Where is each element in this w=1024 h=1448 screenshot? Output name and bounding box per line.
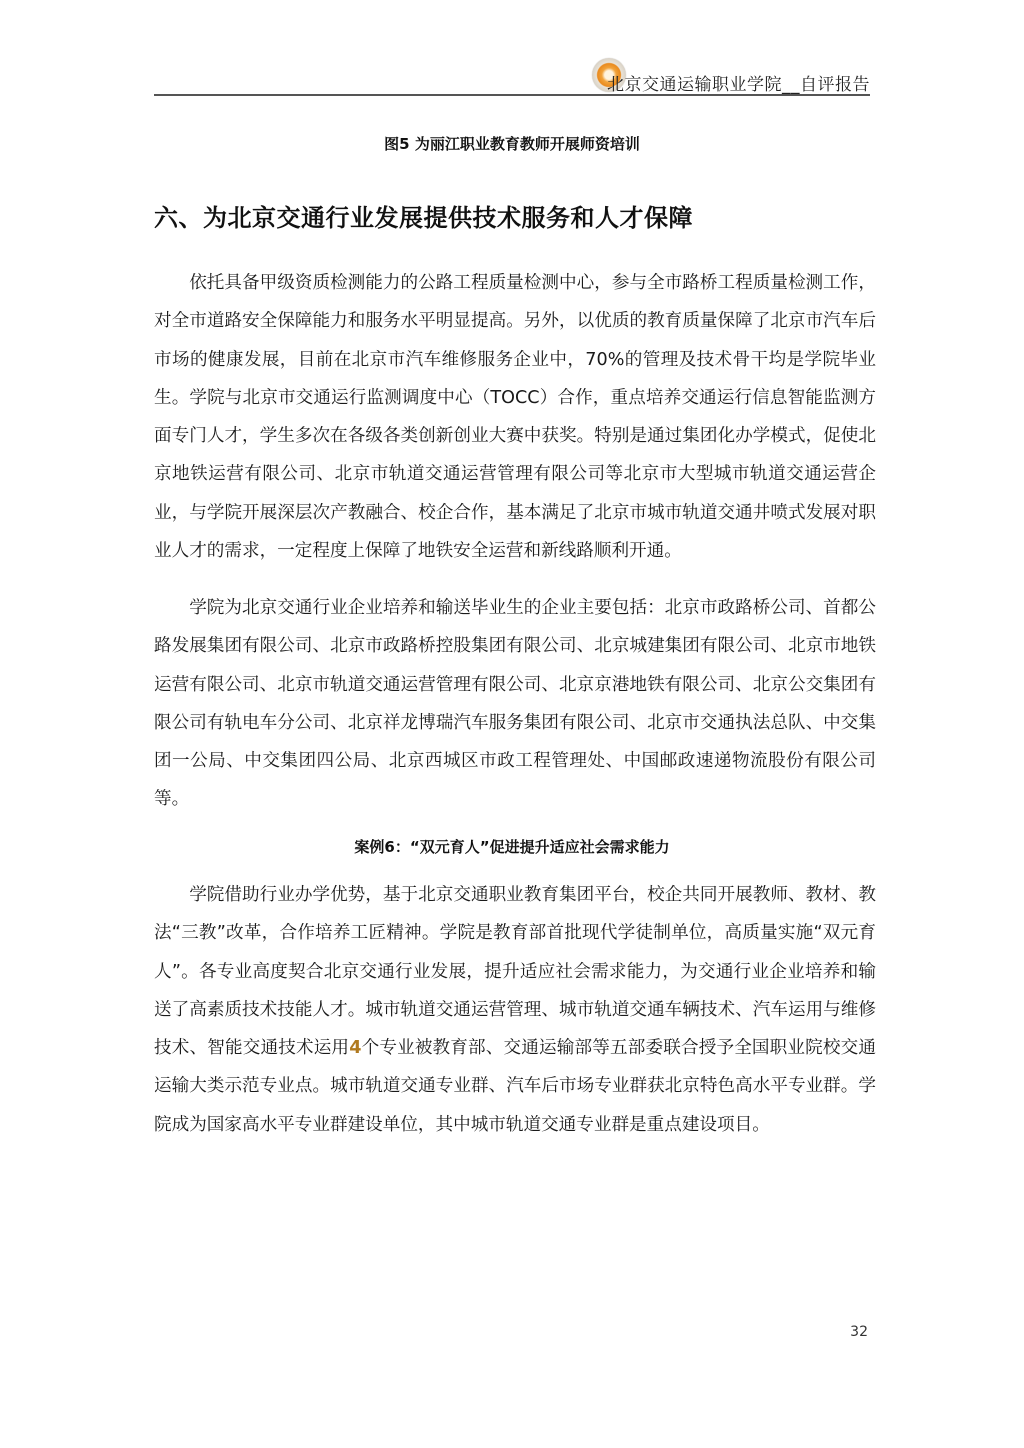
- header-divider: [154, 94, 870, 96]
- paragraph-dual-education: 学院借助行业办学优势，基于北京交通职业教育集团平台，校企共同开展教师、教材、教法…: [154, 876, 876, 1144]
- paragraph-text: 学院为北京交通行业企业培养和输送毕业生的企业主要包括：北京市政路桥公司、首都公路…: [154, 589, 876, 819]
- paragraph-employers: 学院为北京交通行业企业培养和输送毕业生的企业主要包括：北京市政路桥公司、首都公路…: [154, 589, 876, 819]
- paragraph-technical-services: 依托具备甲级资质检测能力的公路工程质量检测中心，参与全市路桥工程质量检测工作，对…: [154, 264, 876, 570]
- figure-caption: 图5 为丽江职业教育教师开展师资培训: [154, 133, 870, 154]
- highlighted-number: 4: [349, 1038, 361, 1058]
- page-header: 北京交通运输职业学院__自评报告: [154, 56, 870, 96]
- case-title: 案例6：“双元育人”促进提升适应社会需求能力: [154, 836, 870, 857]
- paragraph-text-part: 学院借助行业办学优势，基于北京交通职业教育集团平台，校企共同开展教师、教材、教法…: [154, 885, 876, 1058]
- page-number: 32: [850, 1324, 868, 1340]
- paragraph-text: 学院借助行业办学优势，基于北京交通职业教育集团平台，校企共同开展教师、教材、教法…: [154, 876, 876, 1144]
- header-title: 北京交通运输职业学院__自评报告: [607, 70, 870, 95]
- section-title: 六、为北京交通行业发展提供技术服务和人才保障: [154, 198, 693, 233]
- paragraph-text: 依托具备甲级资质检测能力的公路工程质量检测中心，参与全市路桥工程质量检测工作，对…: [154, 264, 876, 570]
